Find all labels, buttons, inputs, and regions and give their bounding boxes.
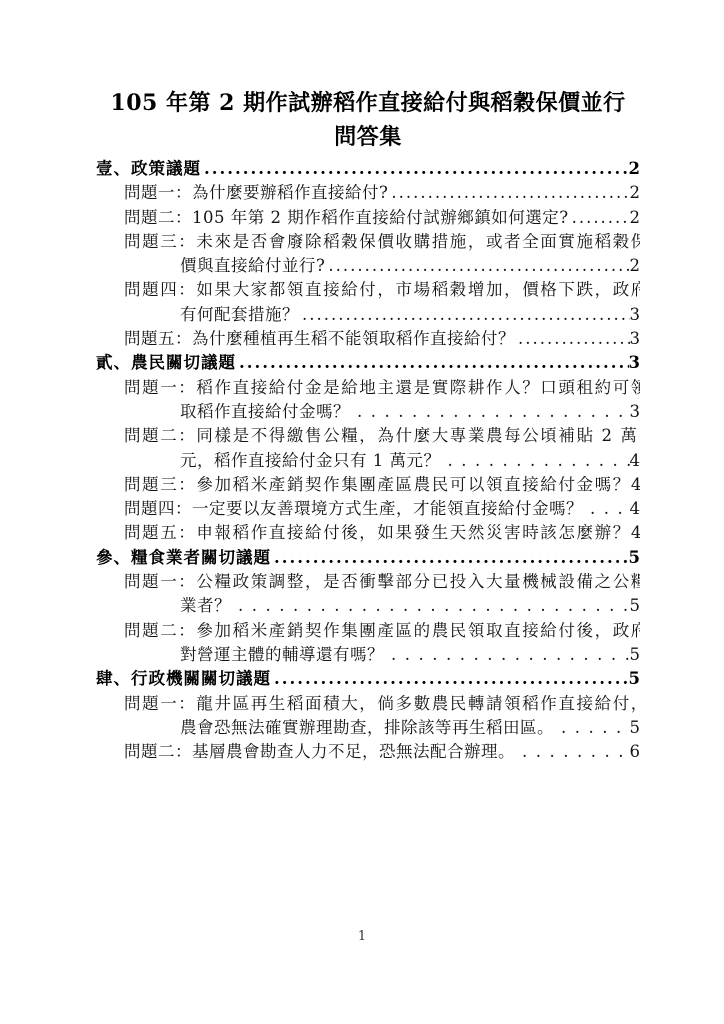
- toc-dot-leader: ........................................…: [325, 256, 629, 275]
- toc-dot-leader: ........................................…: [299, 305, 630, 324]
- toc-entry-text: 問題二：同樣是不得繳售公糧，為什麼大專業農每公頃補貼 2 萬: [124, 422, 639, 446]
- toc-entry-text: 問題四：一定要以友善環境方式生產，才能領直接給付金嗎？: [124, 495, 583, 519]
- toc-entry-text: 問題二：參加稻米產銷契作集團產區的農民領取直接給付後，政府: [124, 617, 640, 641]
- toc-entry-text: 有何配套措施？: [180, 301, 299, 325]
- toc-entry-text: 問題二：基層農會勘查人力不足，恐無法配合辦理。: [124, 738, 515, 762]
- toc-entry-row[interactable]: 問題一：稻作直接給付金是給地主還是實際耕作人？口頭租約可領: [96, 374, 640, 398]
- toc-page-number: 5: [629, 669, 640, 688]
- toc-heading-text: 肆、行政機關關切議題: [96, 665, 271, 689]
- toc-dot-leader: ........................................…: [515, 329, 630, 348]
- toc-entry-row[interactable]: 問題一：龍井區再生稻面積大，倘多數農民轉請領稻作直接給付，: [96, 690, 640, 714]
- toc-page-number: 3: [629, 353, 640, 372]
- toc-page-number: 5: [630, 645, 641, 664]
- toc-dot-leader: ........................................…: [350, 402, 630, 421]
- toc-entry-row[interactable]: 問題五：為什麼種植再生稻不能領取稻作直接給付？.................…: [96, 325, 640, 349]
- toc-page-number: 4: [630, 499, 641, 518]
- toc-entry-text: 問題三：參加稻米產銷契作集團產區農民可以領直接給付金嗎？: [124, 471, 631, 495]
- toc-page-number: 2: [630, 183, 641, 202]
- toc-page-number: 6: [630, 742, 641, 761]
- document-content: 105 年第 2 期作試辦稻作直接給付與稻穀保價並行 問答集 壹、政策議題...…: [96, 86, 640, 762]
- toc-heading-row[interactable]: 肆、行政機關關切議題..............................…: [96, 665, 640, 689]
- toc-page-number: 2: [629, 159, 640, 178]
- toc-page-number: 4: [630, 451, 641, 470]
- toc-dot-leader: ........................................…: [231, 596, 630, 615]
- toc-page-number: 4: [631, 523, 640, 542]
- toc-entry-text: 問題五：申報稻作直接給付後，如果發生天然災害時該怎麼辦？: [124, 519, 631, 543]
- toc-entry-row[interactable]: 問題四：一定要以友善環境方式生產，才能領直接給付金嗎？.............…: [96, 495, 640, 519]
- toc-entry-row[interactable]: 問題一：為什麼要辦稻作直接給付?........................…: [96, 179, 640, 203]
- toc-dot-leader: ........................................…: [271, 669, 629, 688]
- toc-dot-leader: ........................................…: [441, 451, 630, 470]
- table-of-contents: 壹、政策議題..................................…: [96, 155, 640, 762]
- toc-page-number: 5: [629, 548, 640, 567]
- toc-heading-row[interactable]: 貳、農民關切議題................................…: [96, 349, 640, 373]
- toc-entry-row[interactable]: 問題五：申報稻作直接給付後，如果發生天然災害時該怎麼辦？............…: [96, 519, 640, 543]
- document-title-line1: 105 年第 2 期作試辦稻作直接給付與稻穀保價並行: [110, 90, 625, 116]
- page-number: 1: [0, 929, 724, 944]
- toc-entry-row[interactable]: 問題四：如果大家都領直接給付，市場稻穀增加，價格下跌，政府: [96, 276, 640, 300]
- toc-entry-text: 問題三：未來是否會廢除稻穀保價收購措施，或者全面實施稻穀保: [124, 228, 640, 252]
- toc-entry-text: 問題一：公糧政策調整，是否衝擊部分已投入大量機械設備之公糧: [124, 568, 640, 592]
- toc-entry-text: 價與直接給付並行?: [180, 252, 325, 276]
- toc-entry-row[interactable]: 問題三：未來是否會廢除稻穀保價收購措施，或者全面實施稻穀保: [96, 228, 640, 252]
- toc-heading-text: 貳、農民關切議題: [96, 349, 236, 373]
- toc-entry-text: 元，稻作直接給付金只有 1 萬元？: [180, 447, 441, 471]
- toc-entry-text: 問題一：稻作直接給付金是給地主還是實際耕作人？口頭租約可領: [124, 374, 640, 398]
- toc-entry-text: 問題一：龍井區再生稻面積大，倘多數農民轉請領稻作直接給付，: [124, 690, 640, 714]
- toc-entry-row[interactable]: 問題二：同樣是不得繳售公糧，為什麼大專業農每公頃補貼 2 萬: [96, 422, 640, 446]
- toc-entry-text: 問題四：如果大家都領直接給付，市場稻穀增加，價格下跌，政府: [124, 276, 640, 300]
- toc-dot-leader: ........................................…: [554, 718, 630, 737]
- toc-page-number: 3: [630, 329, 641, 348]
- toc-dot-leader: ........................................…: [201, 159, 629, 178]
- toc-heading-text: 參、糧食業者關切議題: [96, 544, 271, 568]
- toc-entry-row[interactable]: 有何配套措施？.................................…: [96, 301, 640, 325]
- toc-entry-text: 業者？: [180, 592, 231, 616]
- toc-entry-row[interactable]: 價與直接給付並行?...............................…: [96, 252, 640, 276]
- toc-dot-leader: ........................................…: [569, 208, 630, 227]
- document-title: 105 年第 2 期作試辦稻作直接給付與稻穀保價並行 問答集: [96, 86, 640, 154]
- toc-dot-leader: ........................................…: [583, 499, 630, 518]
- toc-entry-row[interactable]: 取稻作直接給付金嗎？..............................…: [96, 398, 640, 422]
- document-page: 105 年第 2 期作試辦稻作直接給付與稻穀保價並行 問答集 壹、政策議題...…: [0, 0, 724, 1024]
- toc-page-number: 5: [630, 718, 641, 737]
- toc-entry-row[interactable]: 農會恐無法確實辦理勘查，排除該等再生稻田區。..................…: [96, 714, 640, 738]
- toc-page-number: 2: [630, 208, 641, 227]
- toc-entry-text: 農會恐無法確實辦理勘查，排除該等再生稻田區。: [180, 714, 554, 738]
- toc-entry-text: 取稻作直接給付金嗎？: [180, 398, 350, 422]
- document-title-line2: 問答集: [334, 124, 402, 150]
- toc-dot-leader: ........................................…: [388, 183, 629, 202]
- toc-entry-text: 問題二：105 年第 2 期作稻作直接給付試辦鄉鎮如何選定?: [124, 204, 569, 228]
- toc-entry-row[interactable]: 問題二：105 年第 2 期作稻作直接給付試辦鄉鎮如何選定?..........…: [96, 204, 640, 228]
- toc-page-number: 2: [630, 256, 641, 275]
- toc-page-number: 5: [630, 596, 641, 615]
- toc-dot-leader: ........................................…: [271, 548, 629, 567]
- toc-entry-row[interactable]: 對營運主體的輔導還有嗎？............................…: [96, 641, 640, 665]
- toc-heading-row[interactable]: 參、糧食業者關切議題..............................…: [96, 544, 640, 568]
- toc-entry-row[interactable]: 元，稻作直接給付金只有 1 萬元？.......................…: [96, 447, 640, 471]
- toc-entry-row[interactable]: 問題三：參加稻米產銷契作集團產區農民可以領直接給付金嗎？............…: [96, 471, 640, 495]
- toc-page-number: 3: [630, 305, 641, 324]
- toc-heading-text: 壹、政策議題: [96, 155, 201, 179]
- toc-entry-text: 問題五：為什麼種植再生稻不能領取稻作直接給付？: [124, 325, 515, 349]
- toc-dot-leader: ........................................…: [515, 742, 630, 761]
- toc-page-number: 3: [630, 402, 641, 421]
- toc-heading-row[interactable]: 壹、政策議題..................................…: [96, 155, 640, 179]
- toc-entry-row[interactable]: 問題二：參加稻米產銷契作集團產區的農民領取直接給付後，政府: [96, 617, 640, 641]
- toc-entry-row[interactable]: 問題二：基層農會勘查人力不足，恐無法配合辦理。.................…: [96, 738, 640, 762]
- toc-dot-leader: ........................................…: [384, 645, 630, 664]
- toc-entry-text: 問題一：為什麼要辦稻作直接給付?: [124, 179, 388, 203]
- toc-page-number: 4: [631, 475, 640, 494]
- toc-entry-row[interactable]: 問題一：公糧政策調整，是否衝擊部分已投入大量機械設備之公糧: [96, 568, 640, 592]
- toc-entry-text: 對營運主體的輔導還有嗎？: [180, 641, 384, 665]
- toc-dot-leader: ........................................…: [236, 353, 629, 372]
- toc-entry-row[interactable]: 業者？.....................................…: [96, 592, 640, 616]
